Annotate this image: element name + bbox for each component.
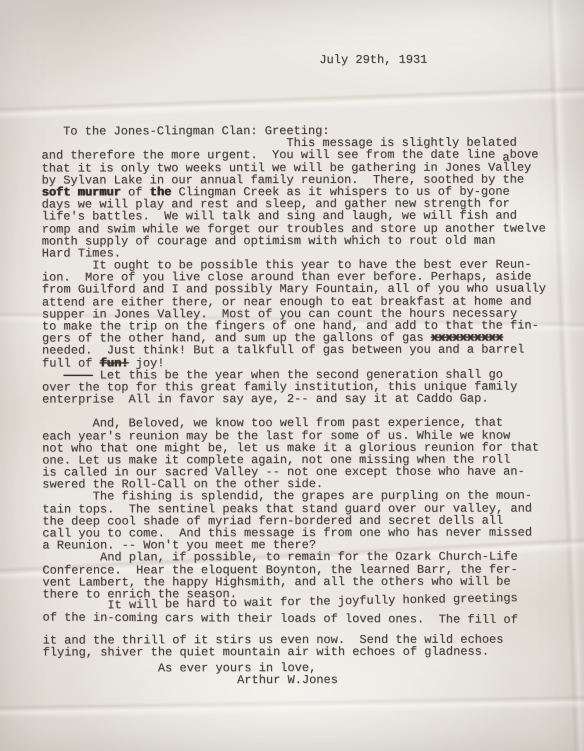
paragraph: And, Beloved, we know too well from past…	[42, 417, 562, 552]
letter-line: of the in-coming cars with their loads o…	[42, 612, 562, 627]
text-segment: flying, shiver the quiet mountain air wi…	[43, 644, 490, 659]
text-segment: enterprise All in favor say aye, 2-- and…	[42, 392, 489, 407]
paragraph: It will be hard to wait for the joyfully…	[42, 600, 562, 624]
letter-line: Arthur W.Jones	[43, 674, 563, 687]
letter-page: July 29th, 1931 To the Jones-Clingman Cl…	[0, 0, 584, 751]
letter-line: enterprise All in favor say aye, 2-- and…	[42, 393, 562, 406]
text-segment: of the in-coming cars with their loads o…	[42, 611, 517, 627]
paragraph: To the Jones-Clingman Clan: Greeting: Th…	[41, 124, 561, 259]
paragraph: it and the thrill of it stirs us even no…	[43, 633, 563, 658]
paragraph: As ever yours in love, Arthur W.Jones	[43, 661, 563, 686]
text-segment: a	[502, 150, 509, 164]
date-line: July 29th, 1931	[319, 54, 561, 67]
paragraph: It ought to be possible this year to hav…	[42, 259, 562, 406]
letter-text: July 29th, 1931 To the Jones-Clingman Cl…	[41, 29, 562, 711]
text-segment: Arthur W.Jones	[43, 673, 338, 688]
letter-body: To the Jones-Clingman Clan: Greeting: Th…	[41, 124, 562, 686]
letter-line: flying, shiver the quiet mountain air wi…	[43, 645, 563, 658]
